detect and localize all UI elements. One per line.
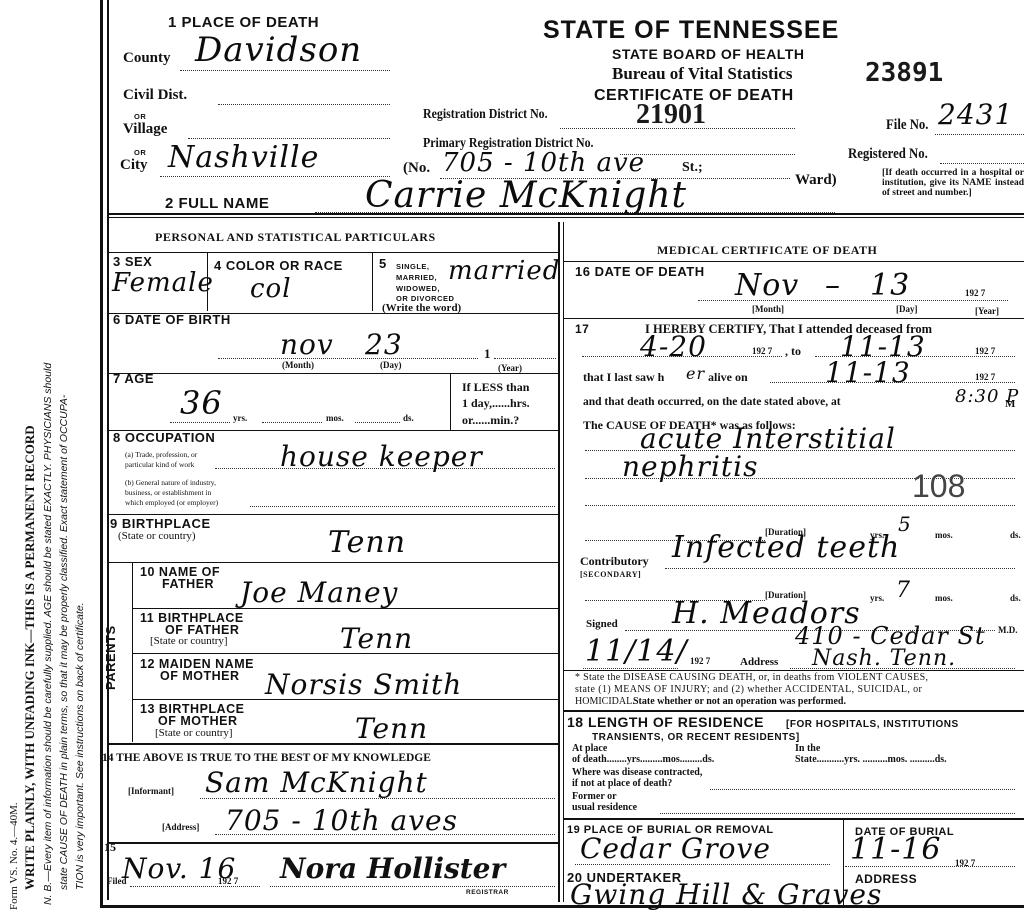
sex-label: 3 SEX: [113, 254, 152, 269]
filed-number: 15: [104, 840, 116, 855]
age-value[interactable]: 36: [180, 384, 223, 422]
father-birthplace-hint: [State or country]: [150, 635, 228, 647]
dob-line: [218, 358, 478, 359]
mother-value[interactable]: Norsis Smith: [265, 668, 462, 701]
physician-address-2[interactable]: Nash. Tenn.: [812, 646, 956, 671]
address-value[interactable]: 705 - 10th ave: [442, 148, 645, 178]
occupation-b-line: [250, 506, 555, 507]
mother-label: OF MOTHER: [160, 669, 240, 683]
dob-year-prefix: 1: [484, 346, 491, 362]
rule: [132, 699, 558, 700]
bureau-title: Bureau of Vital Statistics: [612, 64, 793, 84]
last-saw-year: 192 7: [975, 372, 995, 382]
unit: mos.: [326, 413, 344, 423]
contributory-line: [665, 568, 1015, 569]
dod-day[interactable]: 13: [870, 268, 910, 303]
mother-birthplace-hint: [State or country]: [155, 727, 233, 739]
residence-in-state: State...........yrs. ..........mos. ....…: [795, 754, 947, 765]
father-birthplace-value[interactable]: Tenn: [340, 622, 413, 655]
marital-number: 5: [379, 256, 387, 271]
signed-year: 192 7: [690, 656, 710, 666]
yrs-label: yrs.: [870, 593, 884, 603]
registration-district-label: Registration District No.: [423, 107, 548, 123]
rule: [107, 743, 558, 745]
rule: [450, 374, 451, 430]
village-label: Village: [123, 121, 167, 138]
rule: [107, 842, 558, 844]
registrar-signature[interactable]: Nora Hollister: [280, 852, 505, 885]
dob-label: 6 DATE OF BIRTH: [113, 312, 231, 327]
divider-center-2: [563, 222, 564, 902]
informant-address-label: [Address]: [162, 822, 199, 832]
physician-address-label: Address: [740, 656, 778, 668]
ds-label: ds.: [1010, 593, 1021, 603]
footnote: State whether or not an operation was pe…: [633, 696, 846, 707]
residence-in-state: In the: [795, 743, 820, 754]
unit: yrs.: [233, 413, 247, 423]
rule: [563, 710, 1024, 712]
city-label: City: [120, 157, 148, 174]
residence-note: TRANSIENTS, OR RECENT RESIDENTS]: [592, 732, 800, 743]
rule: [563, 318, 1024, 319]
hint: (Month): [282, 360, 314, 370]
burial-date-value[interactable]: 11-16: [850, 832, 941, 867]
rule: [563, 670, 1024, 671]
registrar-line: [270, 886, 555, 887]
occupation-b-hint: business, or establishment in: [125, 488, 211, 497]
md-label: M.D.: [998, 625, 1018, 635]
rule: [563, 818, 1024, 820]
dob-year-line: [494, 358, 556, 359]
registered-no-line: [940, 163, 1024, 164]
hint: [Month]: [752, 304, 784, 314]
rule: [132, 653, 558, 654]
contributory-label: Contributory: [580, 554, 649, 569]
residence-at-place: of death........yrs.........mos.........…: [572, 754, 714, 765]
burial-place-value[interactable]: Cedar Grove: [580, 832, 771, 865]
rule: [207, 253, 208, 311]
birthplace-label: 9 BIRTHPLACE: [110, 516, 211, 531]
informant-address-value[interactable]: 705 - 10th aves: [225, 804, 458, 837]
cause-value-2[interactable]: nephritis: [622, 450, 758, 483]
to-label: , to: [785, 344, 801, 359]
registration-district-value: 21901: [636, 99, 706, 131]
marital-option: WIDOWED,: [396, 284, 440, 293]
ds-label: ds.: [1010, 530, 1021, 540]
sex-value[interactable]: Female: [112, 268, 214, 298]
less-than-note: 1 day,......hrs.: [462, 396, 530, 411]
state-title: STATE OF TENNESSEE: [543, 16, 839, 45]
marital-option: SINGLE,: [396, 262, 430, 271]
burial-place-line: [575, 864, 830, 865]
age-line: [170, 422, 230, 423]
file-no-value[interactable]: 2431: [938, 98, 1013, 131]
age-label: 7 AGE: [113, 371, 154, 386]
age-line: [355, 422, 400, 423]
less-than-note: If LESS than: [462, 380, 529, 395]
last-saw-pronoun[interactable]: er: [686, 364, 705, 383]
dob-month[interactable]: nov: [280, 328, 334, 361]
frame-bottom: [100, 905, 1024, 908]
rule: [107, 252, 558, 253]
signed-date[interactable]: 11/14/: [585, 634, 688, 669]
secondary-label: [SECONDARY]: [580, 570, 641, 579]
undertaker-address-label: ADDRESS: [855, 872, 917, 886]
medical-heading: MEDICAL CERTIFICATE OF DEATH: [657, 243, 877, 258]
mother-birthplace-label: OF MOTHER: [158, 714, 238, 728]
filed-line: [130, 886, 260, 887]
unit: ds.: [403, 413, 414, 423]
informant-value[interactable]: Sam McKnight: [205, 766, 428, 799]
mother-birthplace-value[interactable]: Tenn: [355, 712, 428, 745]
civil-dist-line: [218, 104, 390, 105]
undertaker-value[interactable]: Gwing Hill & Graves: [570, 878, 882, 911]
full-name-value[interactable]: Carrie McKnight: [365, 175, 687, 216]
city-line: [160, 176, 390, 177]
informant-heading: 14 THE ABOVE IS TRUE TO THE BEST OF MY K…: [102, 752, 431, 764]
dod-month[interactable]: Nov: [735, 268, 799, 303]
less-than-note: or......min.?: [462, 413, 519, 428]
father-value[interactable]: Joe Maney: [240, 576, 398, 609]
attended-to-year: 192 7: [975, 346, 995, 356]
hospital-note: [If death occurred in a hospital or inst…: [882, 168, 1024, 198]
section-place-of-death: 1 PLACE OF DEATH: [168, 14, 319, 31]
county-label: County: [123, 50, 171, 67]
attended-from[interactable]: 4-20: [640, 330, 707, 363]
rule: [132, 608, 558, 609]
alive-on-label: alive on: [708, 370, 748, 385]
residence-where: Where was disease contracted,: [572, 767, 702, 778]
primary-registration-line: [620, 154, 795, 155]
meridiem-suffix: M: [1005, 398, 1015, 410]
residence-former-line: [660, 813, 1015, 814]
marital-value[interactable]: married: [448, 256, 560, 286]
attended-from-year: 192 7: [752, 346, 772, 356]
village-line: [188, 138, 390, 139]
divider-center: [558, 222, 560, 902]
file-no-label: File No.: [886, 117, 929, 134]
residence-at-place: At place: [572, 743, 607, 754]
race-value[interactable]: col: [250, 274, 292, 304]
personal-heading: PERSONAL AND STATISTICAL PARTICULARS: [155, 230, 436, 245]
rule: [107, 373, 558, 374]
occupation-value[interactable]: house keeper: [280, 440, 483, 473]
dod-year: 192 7: [965, 288, 985, 298]
file-no-line: [935, 134, 1024, 135]
informant-label: [Informant]: [128, 786, 174, 796]
residence-where-line: [710, 789, 1015, 790]
footnote: * State the DISEASE CAUSING DEATH, or, i…: [575, 672, 928, 683]
hint: [Day]: [896, 304, 918, 314]
cause-code: 108: [912, 468, 965, 505]
footnote: HOMICIDAL.: [575, 696, 635, 707]
burial-date-line: [845, 866, 1015, 867]
county-line: [180, 70, 390, 71]
full-name-label: 2 FULL NAME: [165, 195, 269, 212]
rule: [132, 562, 133, 742]
dod-label: 16 DATE OF DEATH: [575, 264, 705, 279]
write-plainly-notice: WRITE PLAINLY, WITH UNFADING INK—THIS IS…: [22, 425, 38, 890]
death-time-label: and that death occurred, on the date sta…: [583, 396, 841, 408]
occupation-a-hint: particular kind of work: [125, 460, 194, 469]
ward-label: Ward): [795, 172, 837, 189]
civil-dist-label: Civil Dist.: [123, 87, 187, 104]
occupation-b-hint: which employed (or employer): [125, 498, 218, 507]
marital-option: MARRIED,: [396, 273, 437, 282]
dod-dash: –: [825, 268, 841, 303]
or-label: OR: [134, 148, 146, 157]
nb-line-1: N. B.—Every item of information should b…: [42, 363, 54, 905]
race-label: 4 COLOR OR RACE: [214, 258, 343, 273]
stamp-number: 23891: [865, 58, 943, 88]
divider-header-2: [107, 217, 1024, 218]
rule: [563, 261, 1024, 262]
county-value[interactable]: Davidson: [195, 30, 362, 70]
hint: (Year): [498, 363, 522, 373]
birthplace-hint: (State or country): [118, 530, 196, 542]
form-number: Form VS. No. 4.—40M.: [8, 802, 20, 910]
registered-no-label: Registered No.: [848, 146, 928, 163]
city-value[interactable]: Nashville: [168, 140, 319, 175]
contributory-value[interactable]: Infected teeth: [672, 530, 900, 565]
rule: [107, 514, 558, 515]
hint: [Year]: [975, 306, 999, 316]
signed-label: Signed: [586, 618, 618, 630]
rule: [107, 562, 558, 563]
parents-label: PARENTS: [103, 625, 118, 690]
cert-number: 17: [575, 322, 589, 336]
mos-label: mos.: [935, 593, 953, 603]
dob-day[interactable]: 23: [365, 328, 403, 361]
frame-left-outer: [100, 0, 103, 905]
residence-where: if not at place of death?: [572, 778, 672, 789]
birthplace-value[interactable]: Tenn: [328, 525, 406, 560]
duration2-yrs-value[interactable]: 7: [896, 578, 911, 603]
nb-line-3: TION is very important. See instructions…: [74, 602, 86, 890]
footnote: state (1) MEANS OF INJURY; and (2) wheth…: [575, 684, 922, 695]
board-title: STATE BOARD OF HEALTH: [612, 46, 805, 62]
residence-former: usual residence: [572, 802, 637, 813]
father-label: FATHER: [162, 577, 214, 591]
cause-line: [585, 505, 1015, 506]
age-line: [262, 422, 322, 423]
or-label: OR: [134, 112, 146, 121]
street-label: St.;: [682, 160, 703, 176]
occupation-a-hint: (a) Trade, profession, or: [125, 450, 197, 459]
residence-former: Former or: [572, 791, 617, 802]
residence-heading: 18 LENGTH OF RESIDENCE: [567, 714, 764, 730]
residence-note: [FOR HOSPITALS, INSTITUTIONS: [786, 719, 959, 730]
last-saw-value[interactable]: 11-13: [825, 356, 911, 389]
hint: (Day): [380, 360, 402, 370]
primary-registration-label: Primary Registration District No.: [423, 136, 594, 152]
occupation-b-hint: (b) General nature of industry,: [125, 478, 216, 487]
registrar-label: REGISTRAR: [466, 889, 509, 896]
last-saw-label: that I last saw h: [583, 370, 664, 385]
occupation-label: 8 OCCUPATION: [113, 430, 215, 445]
nb-line-2: state CAUSE OF DEATH in plain terms, so …: [58, 395, 70, 890]
rule: [372, 253, 373, 311]
filed-year: 192 7: [218, 876, 238, 886]
mos-label: mos.: [935, 530, 953, 540]
frame-left-inner: [107, 0, 109, 900]
